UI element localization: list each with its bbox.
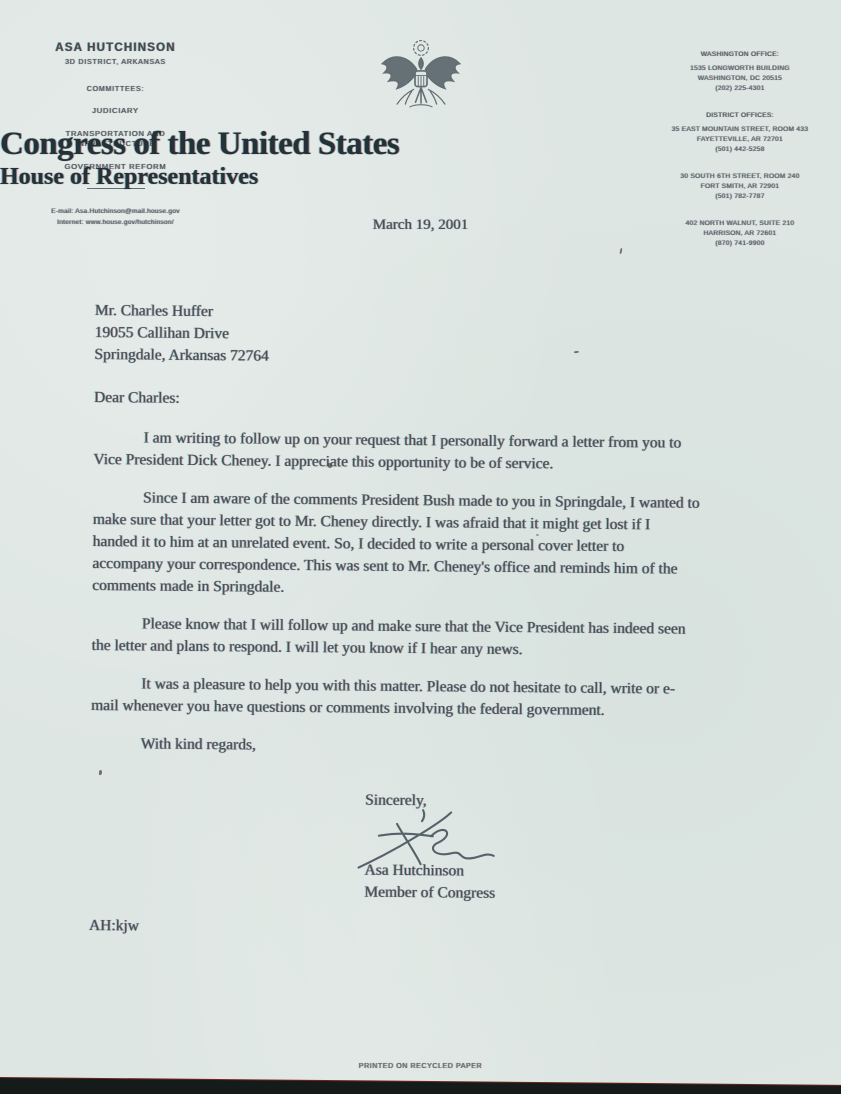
district-office-fayetteville: 35 EAST MOUNTAIN STREET, ROOM 433 FAYETT… xyxy=(640,125,840,155)
salutation: Dear Charles: xyxy=(94,387,766,415)
scan-speck xyxy=(619,248,622,254)
paragraph-2: Since I am aware of the comments Preside… xyxy=(92,487,765,603)
scan-speck xyxy=(328,463,332,468)
committee-judiciary: JUDICIARY xyxy=(18,106,213,116)
paragraph-1: I am writing to follow up on your reques… xyxy=(93,427,765,477)
district-office-fort-smith: 30 SOUTH 6TH STREET, ROOM 240 FORT SMITH… xyxy=(640,172,840,202)
great-seal-eagle-icon xyxy=(375,36,467,133)
typist-reference: AH:kjw xyxy=(89,915,761,943)
valediction: With kind regards, xyxy=(91,733,763,761)
paragraph-4: It was a pleasure to help you with this … xyxy=(91,673,763,723)
washington-office-label: WASHINGTON OFFICE: xyxy=(640,50,840,60)
district-offices-label: DISTRICT OFFICES: xyxy=(640,111,840,121)
paragraph-3: Please know that I will follow up and ma… xyxy=(92,613,764,663)
scanned-letter-page: ASA HUTCHINSON 3D DISTRICT, ARKANSAS COM… xyxy=(0,0,841,1094)
member-name: ASA HUTCHINSON xyxy=(18,42,213,54)
recycled-paper-note: PRINTED ON RECYCLED PAPER xyxy=(0,1063,841,1070)
scan-edge-shadow xyxy=(0,1077,841,1094)
washington-office-address: 1535 LONGWORTH BUILDING WASHINGTON, DC 2… xyxy=(640,64,840,94)
closing-block: Sincerely, Asa Hutchinson Member of Cong… xyxy=(364,790,762,908)
signer-title: Member of Congress xyxy=(364,882,761,908)
letterhead-offices-block: WASHINGTON OFFICE: 1535 LONGWORTH BUILDI… xyxy=(640,50,840,258)
committees-label: COMMITTEES: xyxy=(18,86,213,93)
scan-speck xyxy=(536,534,539,536)
district-office-harrison: 402 NORTH WALNUT, SUITE 210 HARRISON, AR… xyxy=(640,219,840,249)
member-district: 3D DISTRICT, ARKANSAS xyxy=(18,59,213,66)
signature xyxy=(347,807,762,863)
letter-body: Mr. Charles Huffer 19055 Callihan Drive … xyxy=(89,300,767,943)
recipient-address: Mr. Charles Huffer 19055 Callihan Drive … xyxy=(94,300,767,372)
